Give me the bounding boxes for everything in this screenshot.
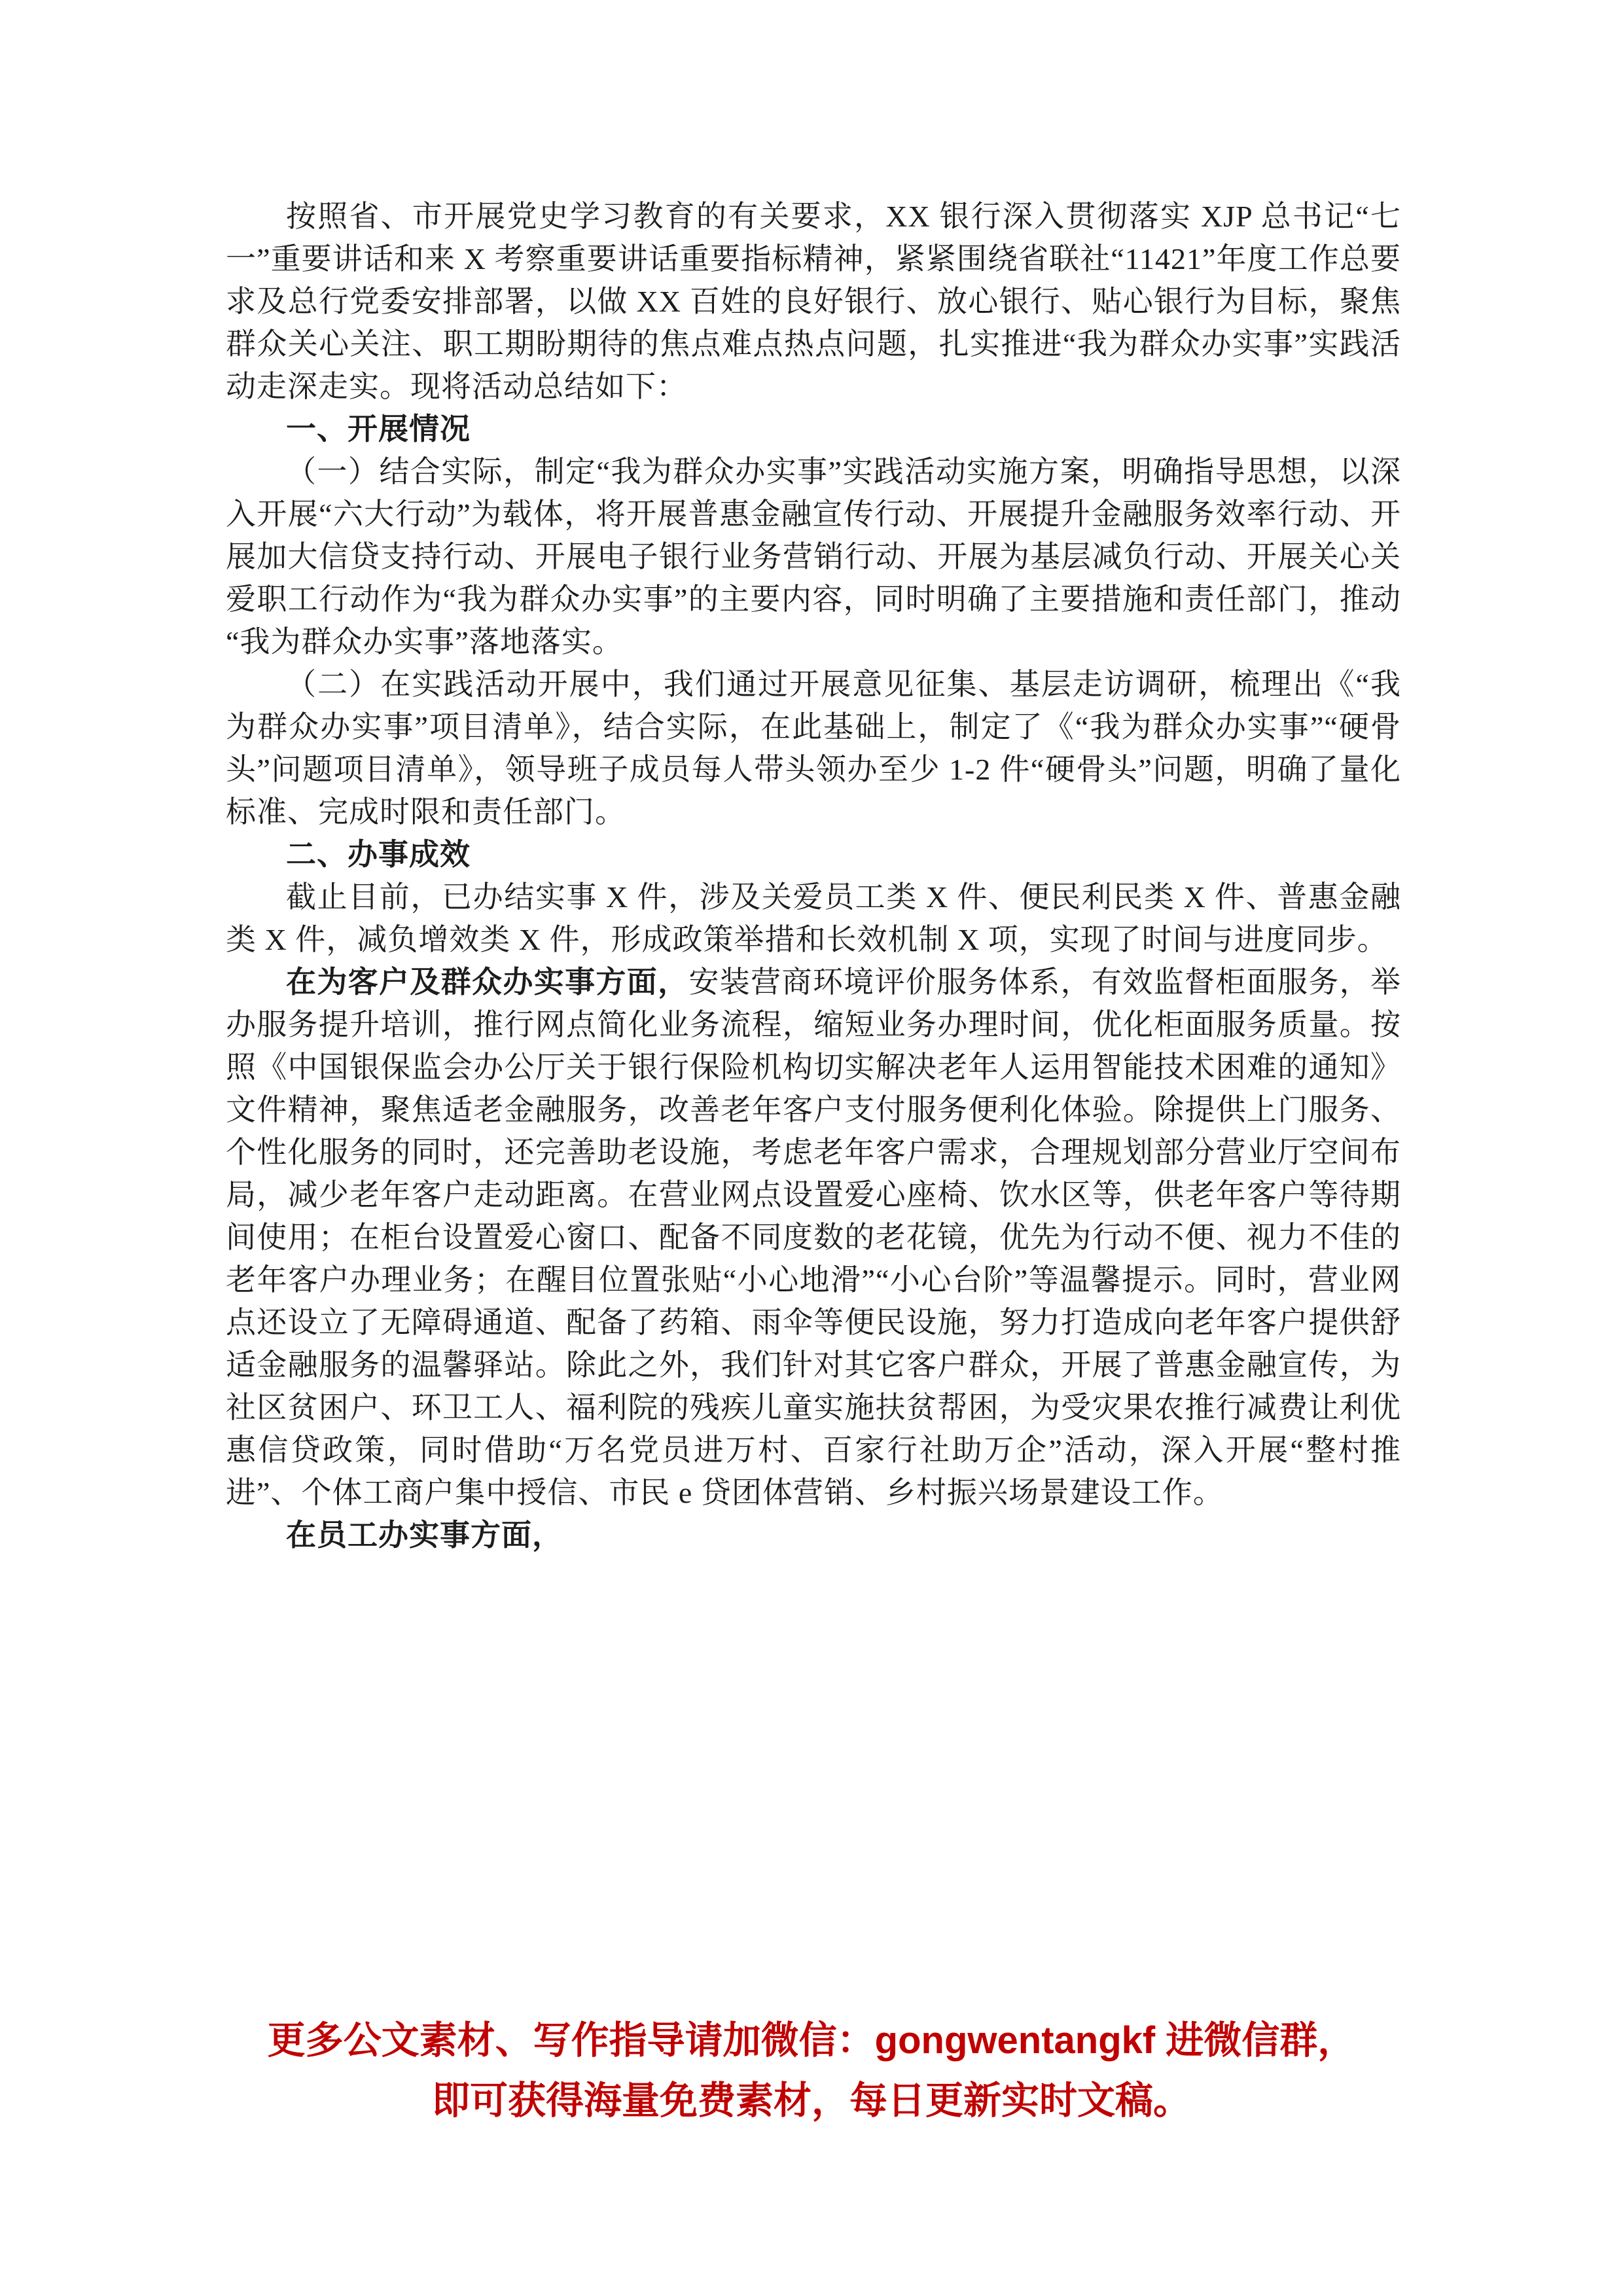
document-body: 按照省、市开展党史学习教育的有关要求，XX 银行深入贯彻落实 XJP 总书记“七… <box>226 195 1401 1556</box>
section-heading-2: 二、办事成效 <box>226 833 1401 876</box>
paragraph-customer-deeds: 在为客户及群众办实事方面，安装营商环境评价服务体系，有效监督柜面服务，举办服务提… <box>226 961 1401 1514</box>
paragraph-item-1: （一）结合实际，制定“我为群众办实事”实践活动实施方案，明确指导思想，以深入开展… <box>226 450 1401 663</box>
footer-ad-banner: 更多公文素材、写作指导请加微信：gongwentangkf 进微信群， 即可获得… <box>0 2011 1623 2131</box>
section-heading-1: 一、开展情况 <box>226 408 1401 450</box>
paragraph-employee-deeds: 在员工办实事方面， <box>226 1514 1401 1556</box>
footer-ad-line-2: 即可获得海量免费素材，每日更新实时文稿。 <box>0 2071 1623 2131</box>
document-page: 按照省、市开展党史学习教育的有关要求，XX 银行深入贯彻落实 XJP 总书记“七… <box>0 0 1623 2296</box>
paragraph-results-summary: 截止目前，已办结实事 X 件，涉及关爱员工类 X 件、便民利民类 X 件、普惠金… <box>226 876 1401 961</box>
paragraph-item-2: （二）在实践活动开展中，我们通过开展意见征集、基层走访调研，梳理出《“我为群众办… <box>226 663 1401 833</box>
customer-deeds-lead-label: 在为客户及群众办实事方面， <box>286 965 688 999</box>
customer-deeds-body-text: 安装营商环境评价服务体系，有效监督柜面服务，举办服务提升培训，推行网点简化业务流… <box>226 965 1401 1509</box>
footer-ad-line-1: 更多公文素材、写作指导请加微信：gongwentangkf 进微信群， <box>0 2011 1623 2071</box>
paragraph-intro: 按照省、市开展党史学习教育的有关要求，XX 银行深入贯彻落实 XJP 总书记“七… <box>226 195 1401 408</box>
employee-deeds-lead-label: 在员工办实事方面， <box>286 1518 563 1552</box>
